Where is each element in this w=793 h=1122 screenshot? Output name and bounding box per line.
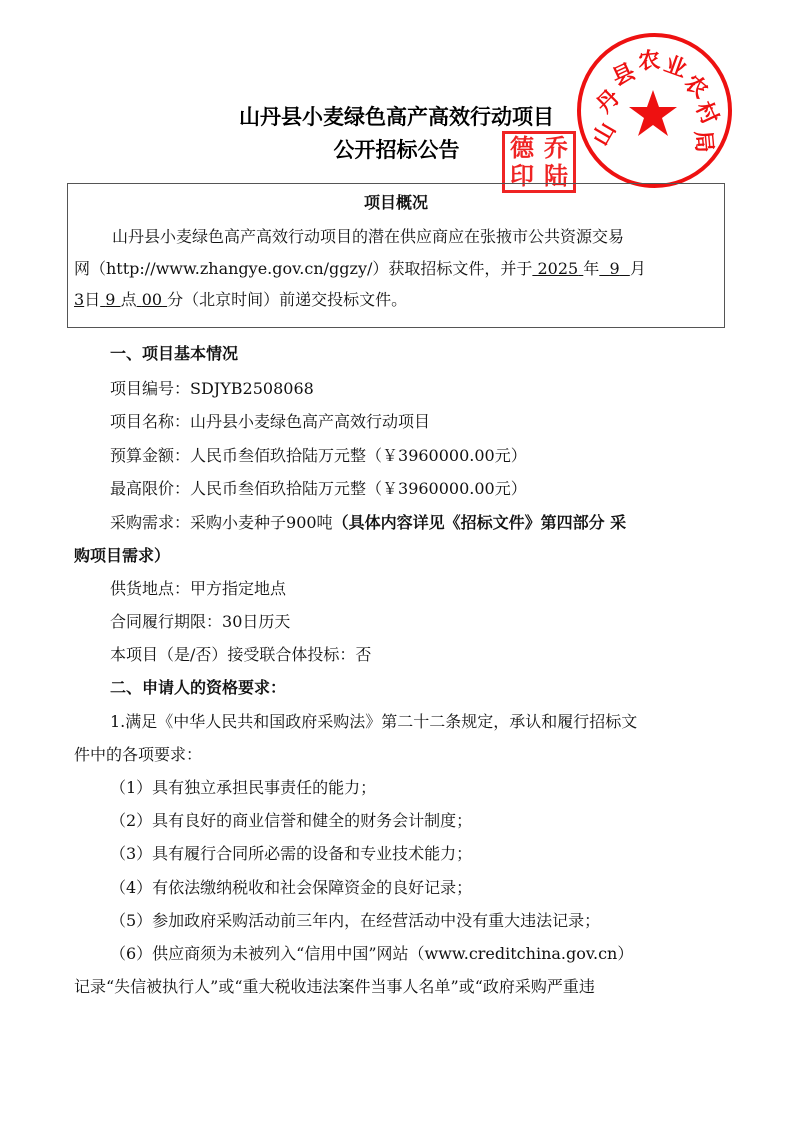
overview-heading: 项目概况 <box>68 190 724 213</box>
month-unit: 月 <box>630 259 646 278</box>
deadline-month: 9 <box>599 259 630 278</box>
deadline-day: 3 <box>74 290 84 309</box>
contract-period-row: 合同履行期限：30日历天 <box>110 612 290 632</box>
seal-char: 局 <box>689 129 722 154</box>
project-name-row: 项目名称：山丹县小麦绿色高产高效行动项目 <box>110 412 430 432</box>
deadline-hour: 9 <box>100 290 120 309</box>
overview-line-2: 网（http://www.zhangye.gov.cn/ggzy/）获取招标文件… <box>74 259 646 279</box>
procurement-demand-cont: 购项目需求） <box>74 546 170 566</box>
requirement-sub-item: （6）供应商须为未被列入“信用中国”网站（www.creditchina.gov… <box>110 944 633 964</box>
hour-unit: 点 <box>121 290 137 309</box>
seal-char: 德 <box>505 134 539 162</box>
project-number: SDJYB2508068 <box>190 379 314 398</box>
overview-line-1: 山丹县小麦绿色高产高效行动项目的潜在供应商应在张掖市公共资源交易 <box>112 227 624 247</box>
requirement-sub-item: （3）具有履行合同所必需的设备和专业技术能力； <box>110 844 472 864</box>
requirement-sub-item: （1）具有独立承担民事责任的能力； <box>110 778 376 798</box>
budget-row: 预算金额：人民币叁佰玖拾陆万元整（￥3960000.00元） <box>110 446 527 466</box>
deadline-year: 2025 <box>532 259 583 278</box>
overview-url-text: 网（http://www.zhangye.gov.cn/ggzy/）获取招标文件… <box>74 259 532 278</box>
requirement-sub-item: （5）参加政府采购活动前三年内，在经营活动中没有重大违法记录； <box>110 911 600 931</box>
star-icon <box>628 88 678 138</box>
requirement-sub-item: （4）有依法缴纳税收和社会保障资金的良好记录； <box>110 878 472 898</box>
section-2-heading: 二、申请人的资格要求： <box>110 678 286 698</box>
requirement-1-line-2: 件中的各项要求： <box>74 745 202 765</box>
minute-unit: 分（北京时间）前递交投标文件。 <box>167 290 407 309</box>
day-unit: 日 <box>84 290 100 309</box>
budget-amount: 人民币叁佰玖拾陆万元整（￥3960000.00元） <box>190 446 527 465</box>
delivery-location-row: 供货地点：甲方指定地点 <box>110 579 286 599</box>
project-number-row: 项目编号：SDJYB2508068 <box>110 379 314 399</box>
seal-char: 农 <box>637 43 662 76</box>
requirement-sub-item: （2）具有良好的商业信誉和健全的财务会计制度； <box>110 811 472 831</box>
deadline-minute: 00 <box>137 290 168 309</box>
requirement-1-line-1: 1.满足《中华人民共和国政府采购法》第二十二条规定，承认和履行招标文 <box>110 712 637 732</box>
project-name: 山丹县小麦绿色高产高效行动项目 <box>190 412 430 431</box>
section-1-heading: 一、项目基本情况 <box>110 344 238 364</box>
procurement-demand-row: 采购需求：采购小麦种子900吨（具体内容详见《招标文件》第四部分 采 <box>110 513 626 533</box>
joint-bid-row: 本项目（是/否）接受联合体投标：否 <box>110 645 371 665</box>
year-unit: 年 <box>583 259 599 278</box>
requirement-6-cont: 记录“失信被执行人”或“重大税收违法案件当事人名单”或“政府采购严重违 <box>74 977 595 997</box>
overview-line-3: 3日 9 点 00 分（北京时间）前递交投标文件。 <box>74 290 407 310</box>
max-price-row: 最高限价：人民币叁佰玖拾陆万元整（￥3960000.00元） <box>110 479 527 499</box>
seal-char: 乔 <box>539 134 573 162</box>
max-price-amount: 人民币叁佰玖拾陆万元整（￥3960000.00元） <box>190 479 527 498</box>
